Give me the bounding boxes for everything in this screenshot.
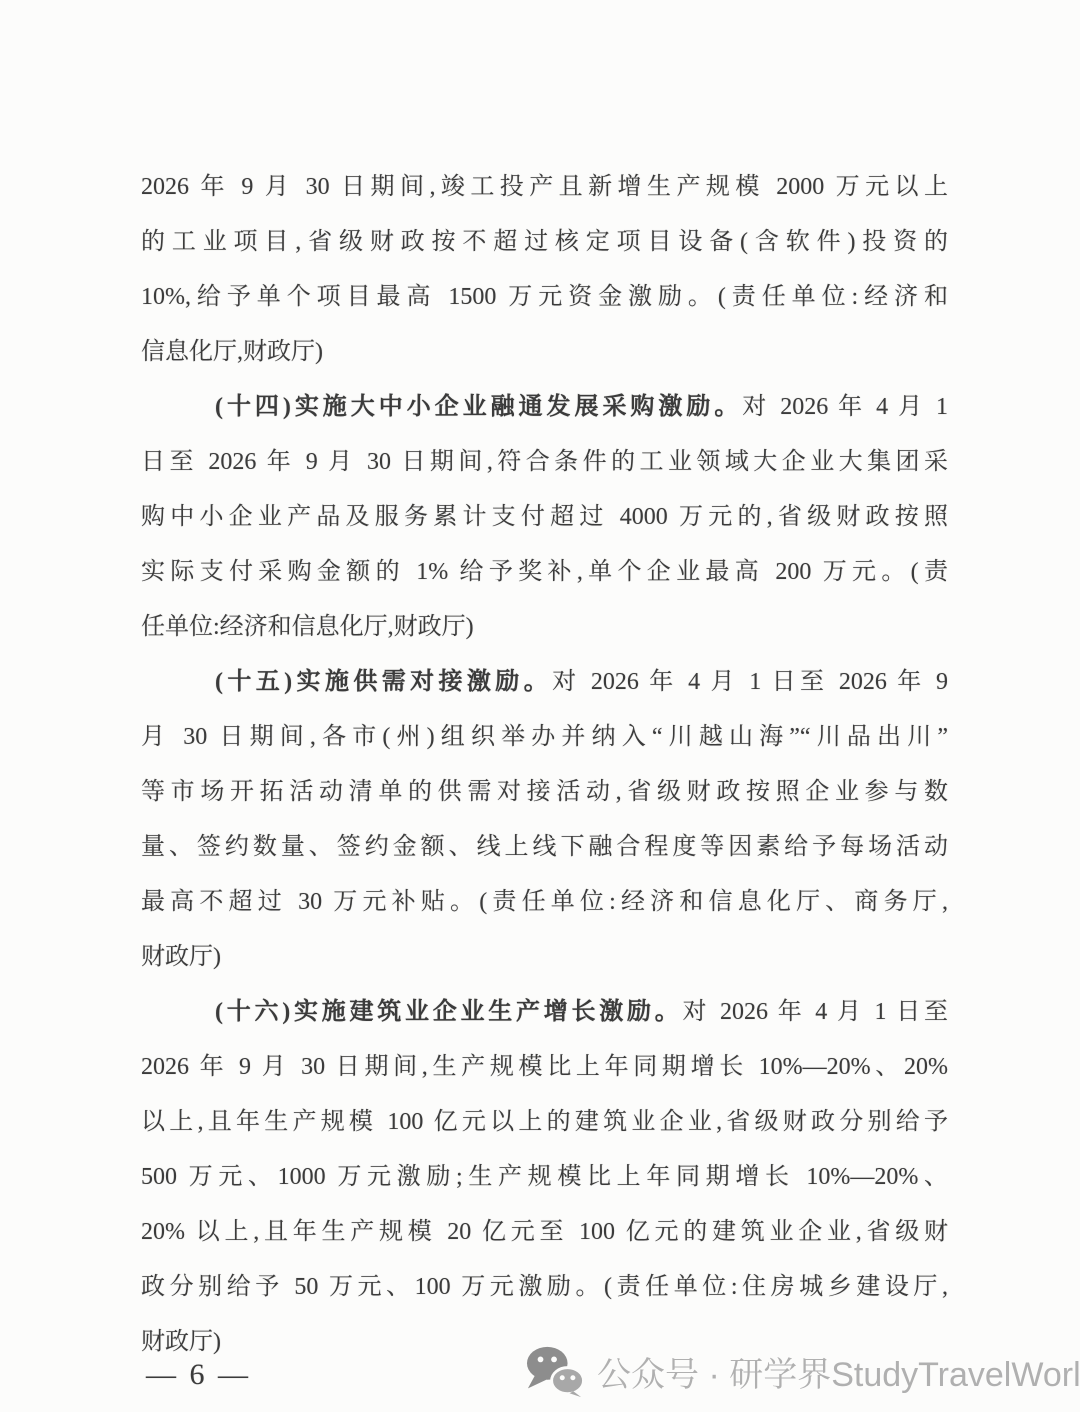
text-line: (十四)实施大中小企业融通发展采购激励。对 2026 年 4 月 1: [141, 380, 948, 435]
heading-rest-text: 对 2026 年 4 月 1 日至 2026 年 9: [552, 669, 948, 695]
paragraph-section-14: (十四)实施大中小企业融通发展采购激励。对 2026 年 4 月 1 日至 20…: [141, 380, 948, 655]
watermark: 公众号 · 研学界StudyTravelWorld: [526, 1340, 1080, 1402]
text-line: 政分别给予 50 万元、100 万元激励。(责任单位:住房城乡建设厅,: [141, 1260, 948, 1315]
text-line: 等市场开拓活动清单的供需对接活动,省级财政按照企业参与数: [141, 765, 948, 820]
text-line: 2026 年 9 月 30 日期间,生产规模比上年同期增长 10%—20%、20…: [141, 1040, 948, 1095]
text-line: 日至 2026 年 9 月 30 日期间,符合条件的工业领域大企业大集团采: [141, 435, 948, 490]
text-line: 信息化厅,财政厅): [141, 325, 948, 380]
text-line: 月 30 日期间,各市(州)组织举办并纳入“川越山海”“川品出川”: [141, 710, 948, 765]
text-line: 实际支付采购金额的 1% 给予奖补,单个企业最高 200 万元。(责: [141, 545, 948, 600]
watermark-text: 公众号 · 研学界StudyTravelWorld: [597, 1347, 1080, 1396]
text-line: 的工业项目,省级财政按不超过核定项目设备(含软件)投资的: [141, 215, 948, 270]
text-line: 最高不超过 30 万元补贴。(责任单位:经济和信息化厅、商务厅,: [141, 875, 948, 930]
section-heading: (十四)实施大中小企业融通发展采购激励。: [215, 394, 742, 420]
text-line: 10%,给予单个项目最高 1500 万元资金激励。(责任单位:经济和: [141, 270, 948, 325]
text-line: (十五)实施供需对接激励。对 2026 年 4 月 1 日至 2026 年 9: [141, 655, 948, 710]
text-line: (十六)实施建筑业企业生产增长激励。对 2026 年 4 月 1 日至: [141, 985, 948, 1040]
text-line: 以上,且年生产规模 100 亿元以上的建筑业企业,省级财政分别给予: [141, 1095, 948, 1150]
text-line: 2026 年 9 月 30 日期间,竣工投产且新增生产规模 2000 万元以上: [141, 160, 948, 215]
heading-rest-text: 对 2026 年 4 月 1: [742, 394, 948, 420]
text-line: 500 万元、1000 万元激励;生产规模比上年同期增长 10%—20%、: [141, 1150, 948, 1205]
paragraph-section-16: (十六)实施建筑业企业生产增长激励。对 2026 年 4 月 1 日至 2026…: [141, 985, 948, 1370]
paragraph: 2026 年 9 月 30 日期间,竣工投产且新增生产规模 2000 万元以上 …: [141, 160, 948, 380]
text-line: 财政厅): [141, 930, 948, 985]
text-line: 20% 以上,且年生产规模 20 亿元至 100 亿元的建筑业企业,省级财: [141, 1205, 948, 1260]
section-heading: (十六)实施建筑业企业生产增长激励。: [215, 999, 683, 1025]
text-line: 任单位:经济和信息化厅,财政厅): [141, 600, 948, 655]
heading-rest-text: 对 2026 年 4 月 1 日至: [683, 999, 949, 1025]
document-page: 2026 年 9 月 30 日期间,竣工投产且新增生产规模 2000 万元以上 …: [0, 0, 1080, 1412]
text-line: 购中小企业产品及服务累计支付超过 4000 万元的,省级财政按照: [141, 490, 948, 545]
page-number: — 6 —: [146, 1355, 251, 1395]
paragraph-section-15: (十五)实施供需对接激励。对 2026 年 4 月 1 日至 2026 年 9 …: [141, 655, 948, 985]
section-heading: (十五)实施供需对接激励。: [215, 669, 552, 695]
document-text-block: 2026 年 9 月 30 日期间,竣工投产且新增生产规模 2000 万元以上 …: [141, 160, 948, 1370]
text-line: 量、签约数量、签约金额、线上线下融合程度等因素给予每场活动: [141, 820, 948, 875]
wechat-icon: [526, 1344, 584, 1398]
